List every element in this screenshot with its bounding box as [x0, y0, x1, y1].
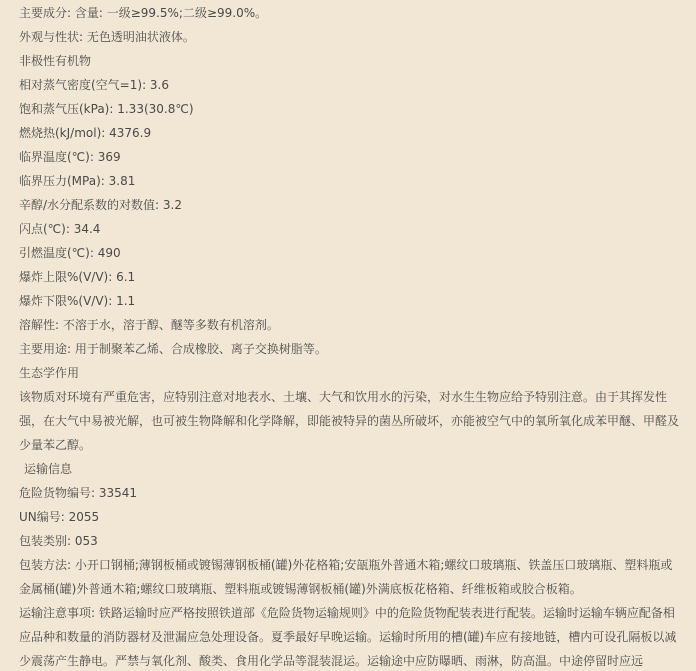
property-label: 溶解性: [19, 318, 55, 332]
transport-value: 053: [75, 534, 98, 548]
property-label: 引燃温度(℃): [19, 246, 90, 260]
separator: :: [61, 510, 69, 524]
property-label: 临界温度(℃): [19, 150, 90, 164]
property-main-component: 主要成分: 含量: 一级≥99.5%;二级≥99.0%。: [19, 1, 689, 25]
property-value: 1.1: [116, 294, 135, 308]
property-flash-point: 闪点(℃): 34.4: [19, 217, 689, 241]
transport-label: 危险货物编号: [19, 486, 91, 500]
separator: :: [55, 318, 63, 332]
property-ignition-temperature: 引燃温度(℃): 490: [19, 241, 689, 265]
separator: :: [91, 486, 99, 500]
separator: :: [90, 150, 98, 164]
separator: :: [67, 6, 75, 20]
property-value: 34.4: [74, 222, 101, 236]
property-vapor-density: 相对蒸气密度(空气=1): 3.6: [19, 73, 689, 97]
transport-value: 2055: [69, 510, 100, 524]
property-label: 相对蒸气密度(空气=1): [19, 78, 142, 92]
transport-packing-group: 包装类别: 053: [19, 529, 689, 553]
property-label: 临界压力(MPa): [19, 174, 101, 188]
property-critical-pressure: 临界压力(MPa): 3.81: [19, 169, 689, 193]
separator: :: [66, 222, 74, 236]
transport-label: UN编号: [19, 510, 61, 524]
separator: :: [101, 126, 109, 140]
property-value: 含量: 一级≥99.5%;二级≥99.0%。: [75, 6, 267, 20]
property-polarity: 非极性有机物: [19, 49, 689, 73]
transport-notes: 运输注意事项: 铁路运输时应严格按照铁道部《危险货物运输规则》中的危险货物配装表…: [19, 601, 679, 671]
property-value: 3.6: [150, 78, 169, 92]
document-body: 主要成分: 含量: 一级≥99.5%;二级≥99.0%。 外观与性状: 无色透明…: [0, 0, 689, 671]
property-combustion-heat: 燃烧热(kJ/mol): 4376.9: [19, 121, 689, 145]
property-value: 无色透明油状液体。: [87, 30, 195, 44]
separator: :: [155, 198, 163, 212]
property-label: 辛醇/水分配系数的对数值: [19, 198, 155, 212]
transport-un-number: UN编号: 2055: [19, 505, 689, 529]
property-vapor-pressure: 饱和蒸气压(kPa): 1.33(30.8℃): [19, 97, 689, 121]
property-label: 饱和蒸气压(kPa): [19, 102, 109, 116]
property-solubility: 溶解性: 不溶于水，溶于醇、醚等多数有机溶剂。: [19, 313, 689, 337]
property-value: 490: [98, 246, 121, 260]
property-value: 4376.9: [109, 126, 151, 140]
transport-packing-method: 包装方法: 小开口钢桶;薄钢板桶或镀锡薄钢板桶(罐)外花格箱;安瓿瓶外普通木箱;…: [19, 553, 679, 601]
separator: :: [67, 342, 75, 356]
property-label: 爆炸下限%(V/V): [19, 294, 108, 308]
property-value: 1.33(30.8℃): [117, 102, 193, 116]
property-value: 3.2: [163, 198, 182, 212]
separator: :: [108, 294, 116, 308]
separator: :: [108, 270, 116, 284]
property-value: 6.1: [116, 270, 135, 284]
property-value: 不溶于水，溶于醇、醚等多数有机溶剂。: [63, 318, 279, 332]
ecology-paragraph: 该物质对环境有严重危害，应特别注意对地表水、土壤、大气和饮用水的污染，对水生生物…: [19, 385, 679, 457]
property-value: 369: [98, 150, 121, 164]
transport-dangerous-goods-number: 危险货物编号: 33541: [19, 481, 689, 505]
transport-value: 小开口钢桶;薄钢板桶或镀锡薄钢板桶(罐)外花格箱;安瓿瓶外普通木箱;螺纹口玻璃瓶…: [19, 558, 672, 596]
separator: :: [79, 30, 87, 44]
transport-label: 包装方法: [19, 558, 67, 572]
property-main-use: 主要用途: 用于制聚苯乙烯、合成橡胶、离子交换树脂等。: [19, 337, 689, 361]
property-label: 非极性有机物: [19, 54, 91, 68]
property-appearance: 外观与性状: 无色透明油状液体。: [19, 25, 689, 49]
property-label: 闪点(℃): [19, 222, 66, 236]
property-value: 用于制聚苯乙烯、合成橡胶、离子交换树脂等。: [75, 342, 327, 356]
transport-label: 包装类别: [19, 534, 67, 548]
property-value: 3.81: [109, 174, 136, 188]
property-label: 主要成分: [19, 6, 67, 20]
separator: :: [91, 606, 99, 620]
property-label: 外观与性状: [19, 30, 79, 44]
transport-value: 33541: [99, 486, 137, 500]
property-log-kow: 辛醇/水分配系数的对数值: 3.2: [19, 193, 689, 217]
separator: :: [67, 558, 75, 572]
separator: :: [67, 534, 75, 548]
property-upper-explosive-limit: 爆炸上限%(V/V): 6.1: [19, 265, 689, 289]
property-lower-explosive-limit: 爆炸下限%(V/V): 1.1: [19, 289, 689, 313]
separator: :: [101, 174, 109, 188]
transport-value: 铁路运输时应严格按照铁道部《危险货物运输规则》中的危险货物配装表进行配装。运输时…: [19, 606, 676, 668]
property-critical-temperature: 临界温度(℃): 369: [19, 145, 689, 169]
separator: :: [90, 246, 98, 260]
transport-heading: 运输信息: [19, 457, 689, 481]
property-label: 爆炸上限%(V/V): [19, 270, 108, 284]
ecology-heading: 生态学作用: [19, 361, 689, 385]
transport-label: 运输注意事项: [19, 606, 91, 620]
property-label: 燃烧热(kJ/mol): [19, 126, 101, 140]
property-label: 主要用途: [19, 342, 67, 356]
separator: :: [142, 78, 150, 92]
